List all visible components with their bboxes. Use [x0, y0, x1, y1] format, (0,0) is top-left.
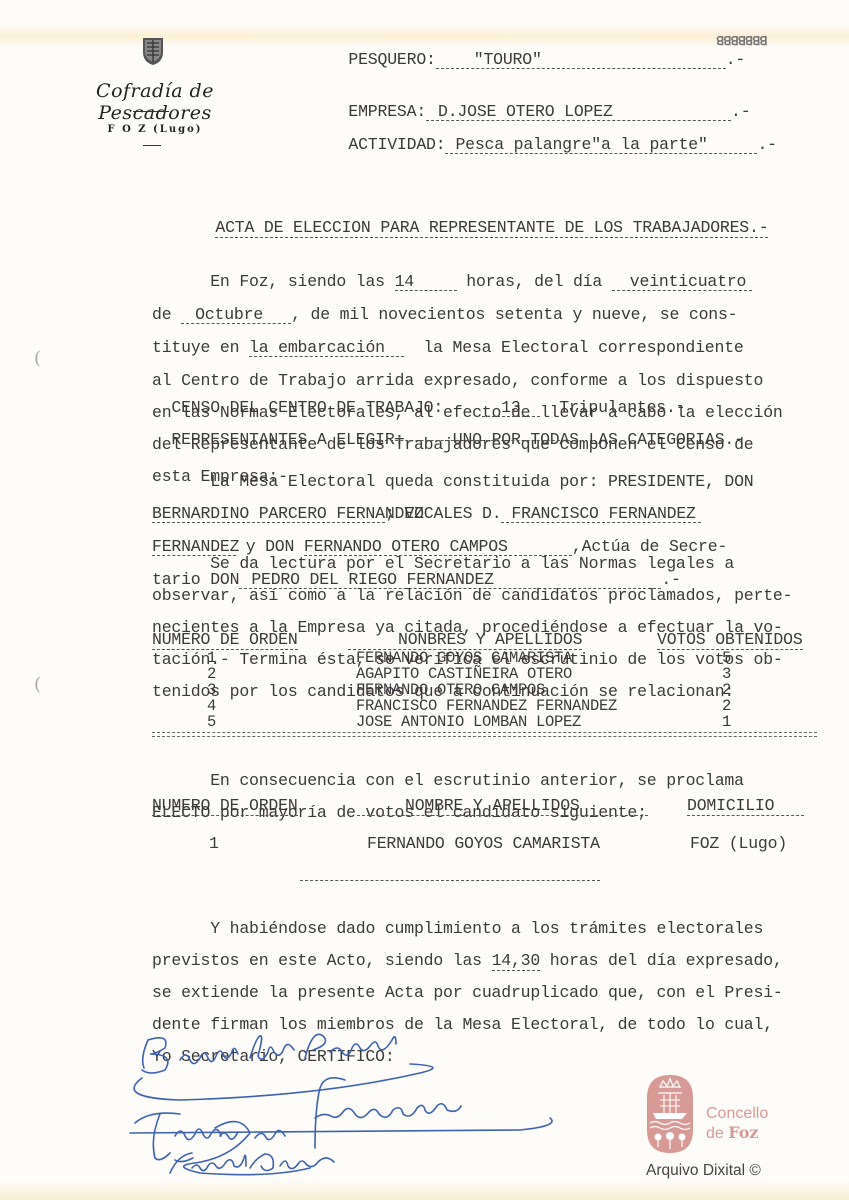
- pesquero-value: "TOURO": [436, 50, 542, 69]
- elected-header-domicilio: DOMICILIO: [687, 798, 804, 814]
- letterhead-rule-short: [143, 145, 161, 146]
- empresa-value: D.JOSE OTERO LOPEZ: [426, 102, 613, 121]
- watermark-line-2: de Foz: [706, 1123, 768, 1143]
- elected-orden: 1: [209, 836, 219, 852]
- row-orden: 4: [207, 698, 216, 714]
- closing-hora: 14,30: [492, 951, 541, 971]
- lectura-line-1: Se da lectura por el Secretario a las No…: [152, 556, 792, 572]
- row-nombre: FERNANDO OTERO CAMPOS: [356, 682, 545, 698]
- empresa-label: EMPRESA:: [348, 102, 426, 121]
- pesquero-terminator: .-: [726, 50, 745, 69]
- pesquero-field: PESQUERO:"TOURO".-: [329, 36, 745, 69]
- elected-nombre: FERNANDO GOYOS CAMARISTA: [367, 836, 600, 852]
- vocal1-value: FRANCISCO FERNANDEZ: [501, 504, 695, 523]
- margin-punch-mark: (: [34, 674, 41, 695]
- table-double-rule: [152, 732, 817, 737]
- empresa-field: EMPRESA:D.JOSE OTERO LOPEZ.-: [329, 88, 750, 121]
- row-orden: 3: [207, 682, 216, 698]
- elected-domicilio: FOZ (Lugo): [690, 836, 787, 852]
- intro-line-3: tituye en la embarcación la Mesa Elector…: [152, 340, 783, 357]
- coat-of-arms-icon: [141, 36, 165, 66]
- empresa-terminator: .-: [731, 102, 750, 121]
- representantes-line: REPRESENTANTES A ELEGIR: UNO POR TODAS L…: [152, 416, 744, 448]
- dia-value: veinticuatro: [612, 272, 746, 291]
- closing-line-2: previstos en este Acto, siendo las 14,30…: [152, 953, 783, 969]
- row-votos: 5: [722, 650, 731, 666]
- empresa-value-line: D.JOSE OTERO LOPEZ: [426, 104, 731, 121]
- representantes-label: REPRESENTANTES A ELEGIR:: [171, 430, 404, 449]
- intro-line-1: En Foz, siendo las 14 horas, del día vei…: [152, 274, 783, 291]
- watermark-line-1: Concello: [706, 1104, 768, 1123]
- censo-unit: Tripulantes.-: [559, 398, 685, 417]
- row-nombre: FRANCISCO FERNANDEZ FERNANDEZ: [356, 698, 617, 714]
- watermark-text: Concello de Foz: [706, 1104, 768, 1143]
- row-nombre: JOSE ANTONIO LOMBAN LOPEZ: [356, 714, 581, 730]
- row-orden: 2: [207, 666, 216, 682]
- pesquero-label: PESQUERO:: [348, 50, 435, 69]
- signatures: [120, 1018, 580, 1193]
- row-votos: 2: [722, 682, 731, 698]
- archive-credit: Arquivo Dixital ©: [646, 1162, 761, 1180]
- hora-value: 14: [395, 272, 414, 291]
- concello-de-foz-logo-icon: [645, 1073, 695, 1155]
- closing-line-3: se extiende la presente Acta por cuadrup…: [152, 985, 783, 1001]
- row-votos: 1: [722, 714, 731, 730]
- letterhead-rule: [133, 111, 169, 112]
- lugar-value: la embarcación: [249, 338, 385, 357]
- actividad-value: Pesca palangre"a la parte": [445, 135, 707, 154]
- censo-label: CENSO DEL CENTRO DE TRABAJO:: [171, 398, 443, 417]
- actividad-value-line: Pesca palangre"a la parte": [445, 137, 757, 154]
- intro-line-2: de Octubre, de mil novecientos setenta y…: [152, 307, 783, 324]
- actividad-terminator: .-: [757, 135, 776, 154]
- signature-francisco: [135, 1113, 285, 1160]
- proclamation-line-1: En consecuencia con el escrutinio anteri…: [152, 773, 744, 789]
- actividad-label: ACTIVIDAD:: [348, 135, 445, 154]
- actividad-field: ACTIVIDAD:Pesca palangre"a la parte".-: [329, 121, 777, 154]
- censo-line: CENSO DEL CENTRO DE TRABAJO: 13 Tripulan…: [152, 384, 685, 417]
- elected-header-nombre: NOMBRE Y APELLIDOS: [357, 798, 648, 814]
- document-title: ACTA DE ELECCION PARA REPRESENTANTE DE L…: [196, 204, 768, 236]
- row-orden: 5: [207, 714, 216, 730]
- votes-header-nombres: NONBRES Y APELLIDOS: [348, 632, 582, 648]
- row-votos: 2: [722, 698, 731, 714]
- organization-location: F O Z (Lugo): [40, 124, 270, 135]
- mes-value: Octubre: [181, 305, 263, 324]
- row-nombre: FERNANDO GOYOS CAMARISTA: [356, 650, 572, 666]
- presidente-value: BERNARDINO PARCERO FERNANDEZ: [152, 504, 424, 523]
- organization-name: Cofradía de Pescadores: [40, 80, 270, 124]
- pesquero-value-line: "TOURO": [436, 52, 726, 69]
- row-votos: 3: [722, 666, 731, 682]
- row-orden: 1: [207, 650, 216, 666]
- section-divider: [300, 880, 600, 881]
- signature-bernardino: [142, 1034, 396, 1073]
- margin-punch-mark: (: [34, 348, 41, 369]
- votes-header-orden: NUMERO DE ORDEN: [152, 632, 298, 648]
- elected-header-orden: NUMERO DE ORDEN: [152, 798, 298, 814]
- section-divider: [375, 440, 575, 441]
- mesa-line-1: La Mesa Electoral queda constituida por:…: [152, 474, 754, 490]
- votes-header-votos: VOTOS OBTENIDOS: [657, 632, 803, 648]
- censo-value: 13: [501, 398, 520, 417]
- lectura-line-2: observar, así como a la relación de cand…: [152, 588, 792, 604]
- mesa-line-2: BERNARDINO PARCERO FERNANDEZ; VOCALES D.…: [152, 506, 754, 523]
- row-nombre: AGAPITO CASTIÑEIRA OTERO: [356, 666, 572, 682]
- closing-line-1: Y habiéndose dado cumplimiento a los trá…: [152, 921, 783, 937]
